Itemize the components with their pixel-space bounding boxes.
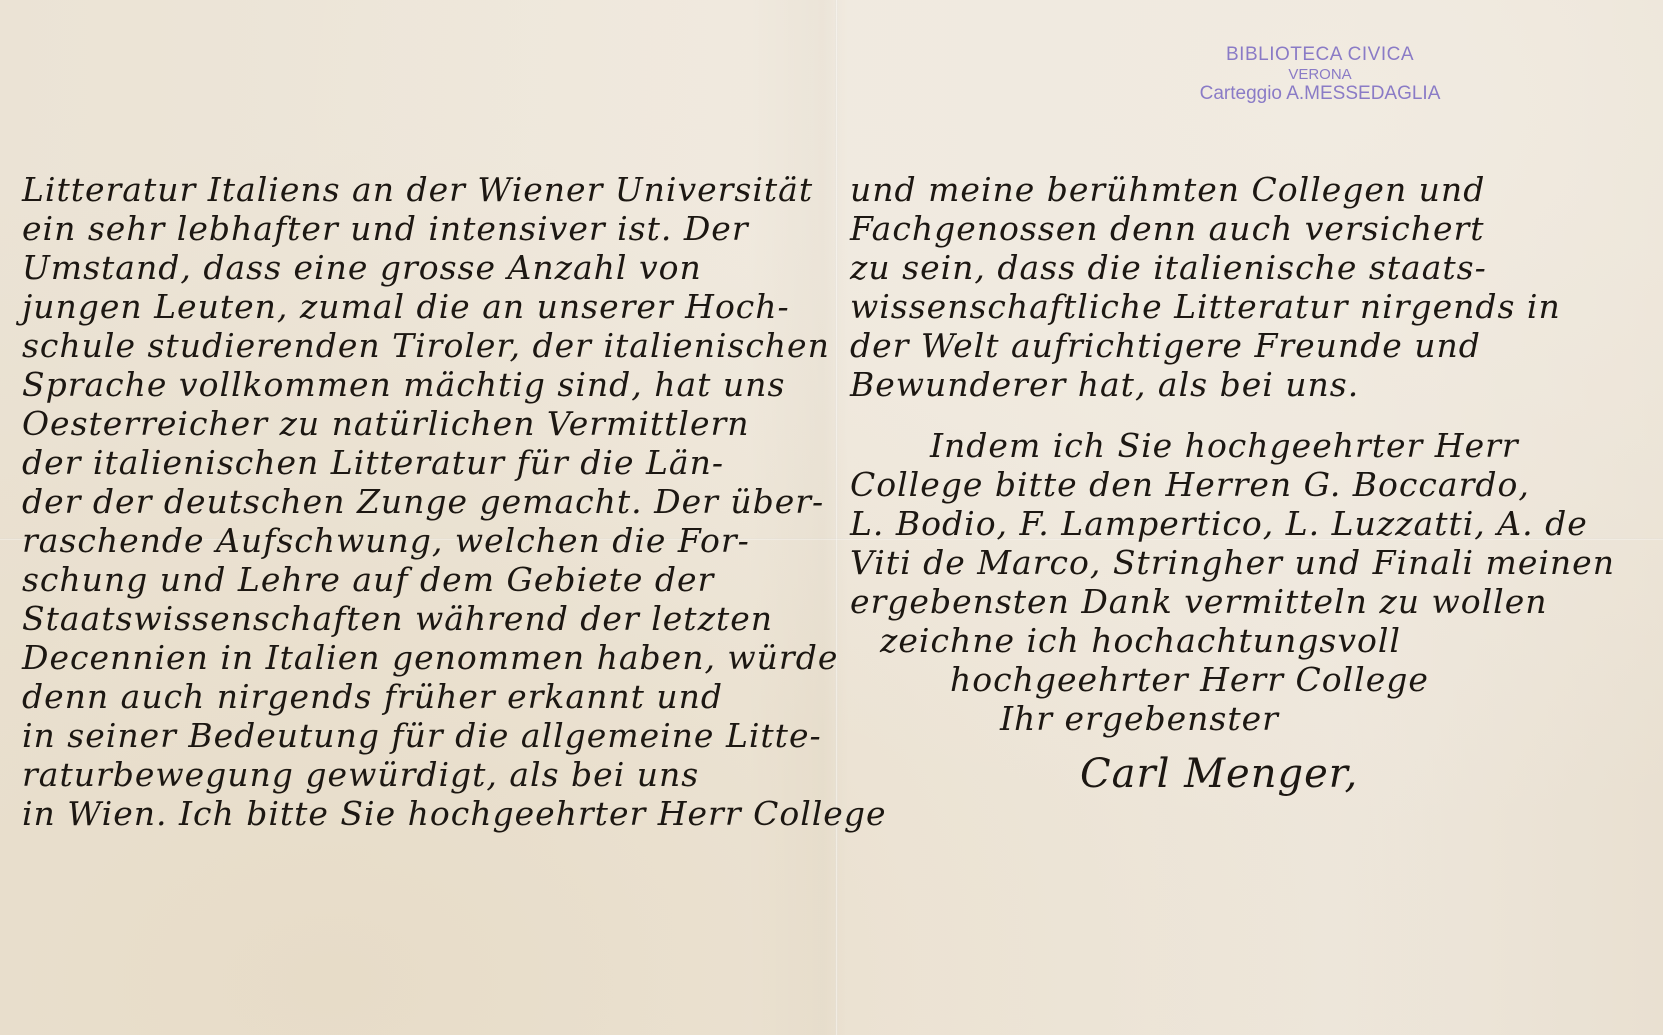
paragraph-gap	[850, 404, 1610, 426]
text-line: Indem ich Sie hochgeehrter Herr	[850, 426, 1610, 465]
closing-line: Ihr ergebenster	[850, 699, 1610, 738]
text-line: schule studierenden Tiroler, der italien…	[22, 326, 822, 365]
paragraph-2: Indem ich Sie hochgeehrter Herr College …	[850, 426, 1610, 621]
text-line: Fachgenossen denn auch versichert	[850, 209, 1610, 248]
text-line: Staatswissenschaften während der letzten	[22, 599, 822, 638]
text-line: raturbewegung gewürdigt, als bei uns	[22, 755, 822, 794]
paragraph-1: und meine berühmten Collegen und Fachgen…	[850, 170, 1610, 404]
text-line: ergebensten Dank vermitteln zu wollen	[850, 582, 1610, 621]
stamp-line-collection: Carteggio A.MESSEDAGLIA	[1170, 83, 1470, 105]
text-line: denn auch nirgends früher erkannt und	[22, 677, 822, 716]
text-line: Oesterreicher zu natürlichen Vermittlern	[22, 404, 822, 443]
text-line: jungen Leuten, zumal die an unserer Hoch…	[22, 287, 822, 326]
text-line: Umstand, dass eine grosse Anzahl von	[22, 248, 822, 287]
text-line: der Welt aufrichtigere Freunde und	[850, 326, 1610, 365]
vertical-fold-crease	[835, 0, 838, 1035]
closing-block: zeichne ich hochachtungsvoll hochgeehrte…	[850, 621, 1610, 804]
text-line: L. Bodio, F. Lampertico, L. Luzzatti, A.…	[850, 504, 1610, 543]
right-page-text: und meine berühmten Collegen und Fachgen…	[850, 170, 1610, 804]
stamp-line-library: BIBLIOTECA CIVICA	[1170, 44, 1470, 66]
text-line: raschende Aufschwung, welchen die For-	[22, 521, 822, 560]
text-line: wissenschaftliche Litteratur nirgends in	[850, 287, 1610, 326]
text-line: Sprache vollkommen mächtig sind, hat uns	[22, 365, 822, 404]
text-line: schung und Lehre auf dem Gebiete der	[22, 560, 822, 599]
library-stamp: BIBLIOTECA CIVICA VERONA Carteggio A.MES…	[1170, 44, 1470, 105]
stamp-line-city: VERONA	[1170, 66, 1470, 83]
text-line: zu sein, dass die italienische staats-	[850, 248, 1610, 287]
text-line: Bewunderer hat, als bei uns.	[850, 365, 1610, 404]
left-page-text: Litteratur Italiens an der Wiener Univer…	[22, 170, 822, 833]
text-line: und meine berühmten Collegen und	[850, 170, 1610, 209]
text-line: der italienischen Litteratur für die Län…	[22, 443, 822, 482]
text-line: in Wien. Ich bitte Sie hochgeehrter Herr…	[22, 794, 822, 833]
text-line: Litteratur Italiens an der Wiener Univer…	[22, 170, 822, 209]
text-line: ein sehr lebhafter und intensiver ist. D…	[22, 209, 822, 248]
text-line: Decennien in Italien genommen haben, wür…	[22, 638, 822, 677]
text-line: College bitte den Herren G. Boccardo,	[850, 465, 1610, 504]
closing-line: hochgeehrter Herr College	[850, 660, 1610, 699]
text-line: in seiner Bedeutung für die allgemeine L…	[22, 716, 822, 755]
text-line: Viti de Marco, Stringher und Finali mein…	[850, 543, 1610, 582]
text-line: der der deutschen Zunge gemacht. Der übe…	[22, 482, 822, 521]
closing-line: zeichne ich hochachtungsvoll	[850, 621, 1610, 660]
signature: Carl Menger,	[850, 744, 1610, 804]
